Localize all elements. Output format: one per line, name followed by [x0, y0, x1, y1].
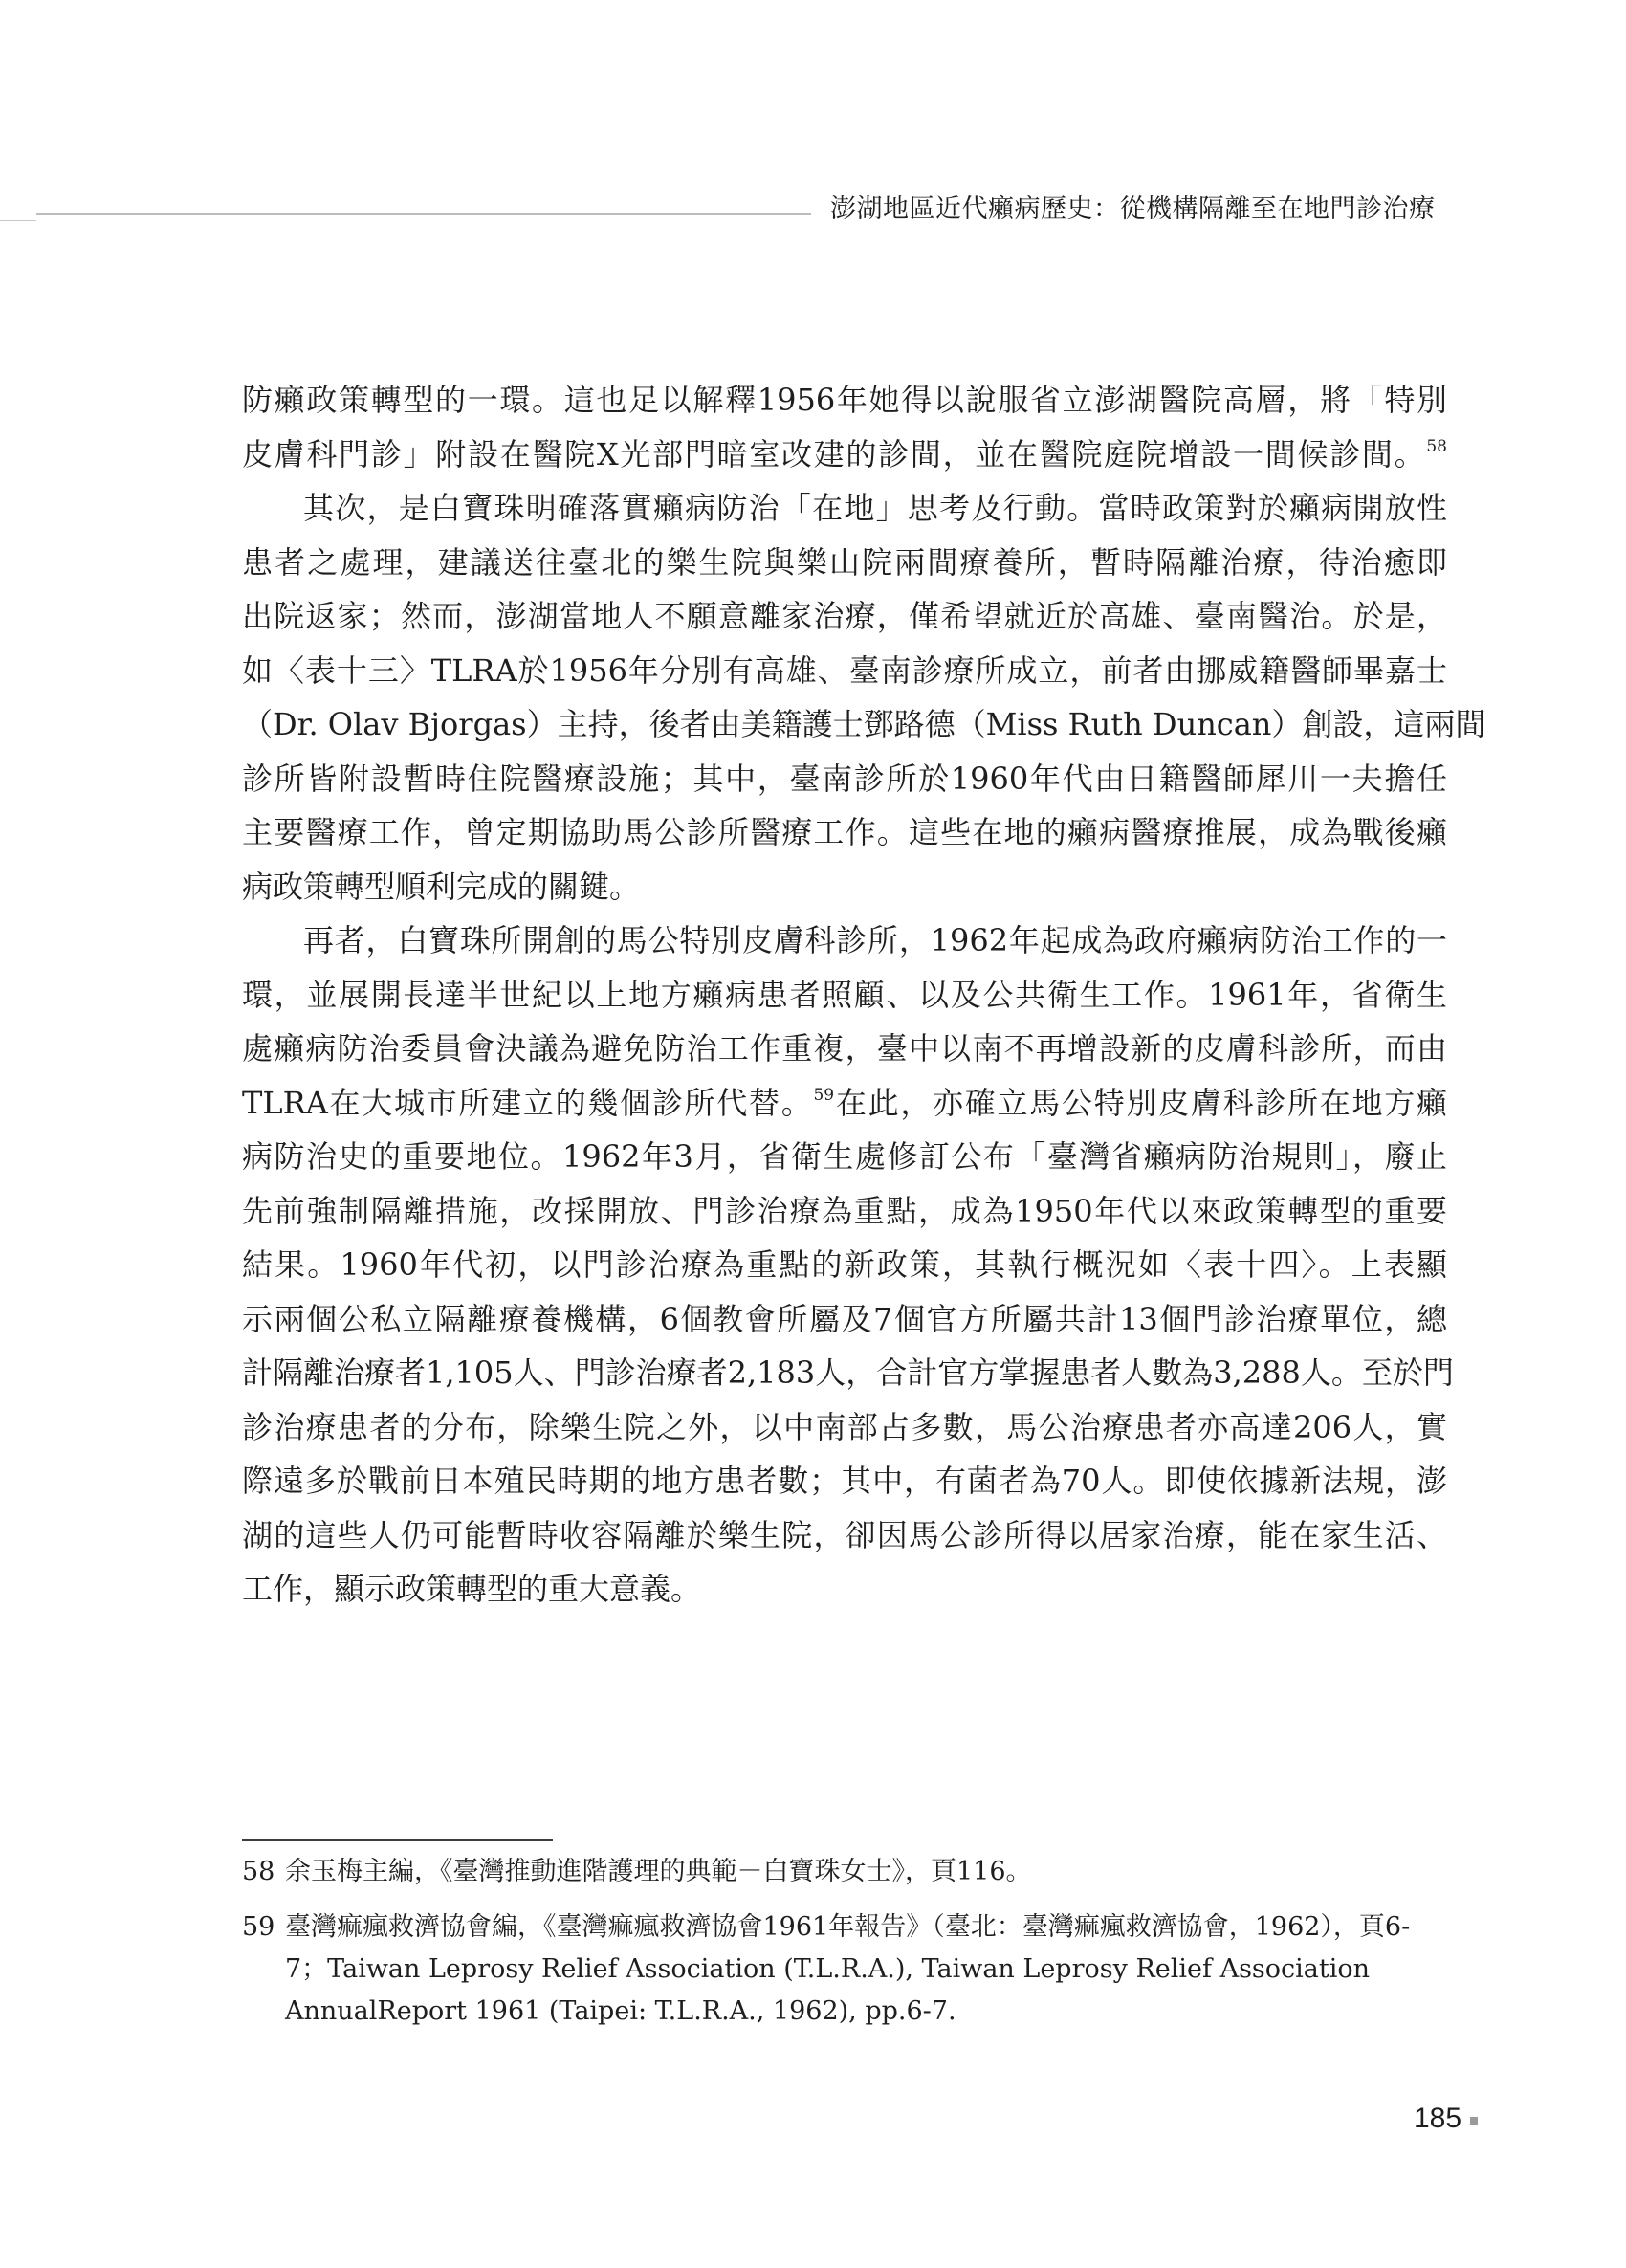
- body-line: 如〈表十三〉TLRA於1956年分別有高雄、臺南診療所成立，前者由挪威籍醫師畢嘉…: [242, 644, 1447, 698]
- footnote-number: 59: [242, 1906, 275, 1949]
- footnote-59: 59 臺灣痲瘋救濟協會編，《臺灣痲瘋救濟協會1961年報告》（臺北：臺灣痲瘋救濟…: [242, 1906, 1447, 2033]
- body-line: 主要醫療工作，曾定期協助馬公診所醫療工作。這些在地的癩病醫療推展，成為戰後癩: [242, 805, 1447, 860]
- body-line: 結果。1960年代初，以門診治療為重點的新政策，其執行概況如〈表十四〉。上表顯: [242, 1238, 1447, 1292]
- paragraph-start: 其次，是白寶珠明確落實癩病防治「在地」思考及行動。當時政策對於癩病開放性: [242, 481, 1447, 536]
- body-line: 防癩政策轉型的一環。這也足以解釋1956年她得以說服省立澎湖醫院高層，將「特別: [242, 373, 1447, 428]
- header-edge-tick: [0, 220, 36, 221]
- footnotes: 58 余玉梅主編，《臺灣推動進階護理的典範－白寶珠女士》，頁116。 59 臺灣…: [242, 1851, 1447, 2033]
- footnote-ref-58[interactable]: 58: [1426, 437, 1447, 456]
- body-text: 防癩政策轉型的一環。這也足以解釋1956年她得以說服省立澎湖醫院高層，將「特別 …: [242, 373, 1447, 1617]
- body-line: 出院返家；然而，澎湖當地人不願意離家治療，僅希望就近於高雄、臺南醫治。於是，: [242, 589, 1447, 644]
- body-line: 病防治史的重要地位。1962年3月，省衛生處修訂公布「臺灣省癩病防治規則」，廢止: [242, 1130, 1447, 1184]
- footnote-number: 58: [242, 1851, 275, 1893]
- footnote-58: 58 余玉梅主編，《臺灣推動進階護理的典範－白寶珠女士》，頁116。: [242, 1851, 1447, 1893]
- body-line: 患者之處理，建議送往臺北的樂生院與樂山院兩間療養所，暫時隔離治療，待治癒即: [242, 536, 1447, 590]
- body-line: 際遠多於戰前日本殖民時期的地方患者數；其中，有菌者為70人。即使依據新法規，澎: [242, 1454, 1447, 1508]
- body-line: 診所皆附設暫時住院醫療設施；其中，臺南診所於1960年代由日籍醫師犀川一夫擔任: [242, 752, 1447, 806]
- footnote-ref-59[interactable]: 59: [813, 1086, 834, 1105]
- body-line: 環，並展開長達半世紀以上地方癩病患者照顧、以及公共衛生工作。1961年，省衛生: [242, 968, 1447, 1023]
- body-line: 處癩病防治委員會決議為避免防治工作重複，臺中以南不再增設新的皮膚科診所，而由: [242, 1022, 1447, 1076]
- header-rule: [36, 213, 811, 215]
- body-line: 湖的這些人仍可能暫時收容隔離於樂生院，卻因馬公診所得以居家治療，能在家生活、: [242, 1508, 1447, 1563]
- body-line: 先前強制隔離措施，改採開放、門診治療為重點，成為1950年代以來政策轉型的重要: [242, 1184, 1447, 1239]
- body-line: 診治療患者的分布，除樂生院之外，以中南部占多數，馬公治療患者亦高達206人，實: [242, 1400, 1447, 1455]
- body-line: TLRA在大城市所建立的幾個診所代替。59在此，亦確立馬公特別皮膚科診所在地方癩: [242, 1076, 1447, 1131]
- body-line: 皮膚科門診」附設在醫院X光部門暗室改建的診間，並在醫院庭院增設一間候診間。58: [242, 428, 1447, 482]
- body-line: 計隔離治療者1,105人、門診治療者2,183人，合計官方掌握患者人數為3,28…: [242, 1346, 1447, 1400]
- footnote-text: 臺灣痲瘋救濟協會編，《臺灣痲瘋救濟協會1961年報告》（臺北：臺灣痲瘋救濟協會，…: [285, 1912, 1410, 2026]
- body-line: （Dr. Olav Bjorgas）主持，後者由美籍護士鄧路德（Miss Rut…: [242, 697, 1447, 752]
- body-line: 工作，顯示政策轉型的重大意義。: [242, 1562, 1447, 1617]
- paragraph-start: 再者，白寶珠所開創的馬公特別皮膚科診所，1962年起成為政府癩病防治工作的一: [242, 914, 1447, 968]
- footnote-separator: [242, 1839, 553, 1841]
- running-head-title: 澎湖地區近代癩病歷史：從機構隔離至在地門診治療: [830, 187, 1452, 225]
- body-line: 示兩個公私立隔離療養機構，6個教會所屬及7個官方所屬共計13個門診治療單位，總: [242, 1292, 1447, 1347]
- page-number: 185: [1414, 2103, 1461, 2135]
- page-marker-square: [1470, 2117, 1478, 2125]
- body-line: 病政策轉型順利完成的關鍵。: [242, 860, 1447, 914]
- footnote-text: 余玉梅主編，《臺灣推動進階護理的典範－白寶珠女士》，頁116。: [285, 1857, 1032, 1886]
